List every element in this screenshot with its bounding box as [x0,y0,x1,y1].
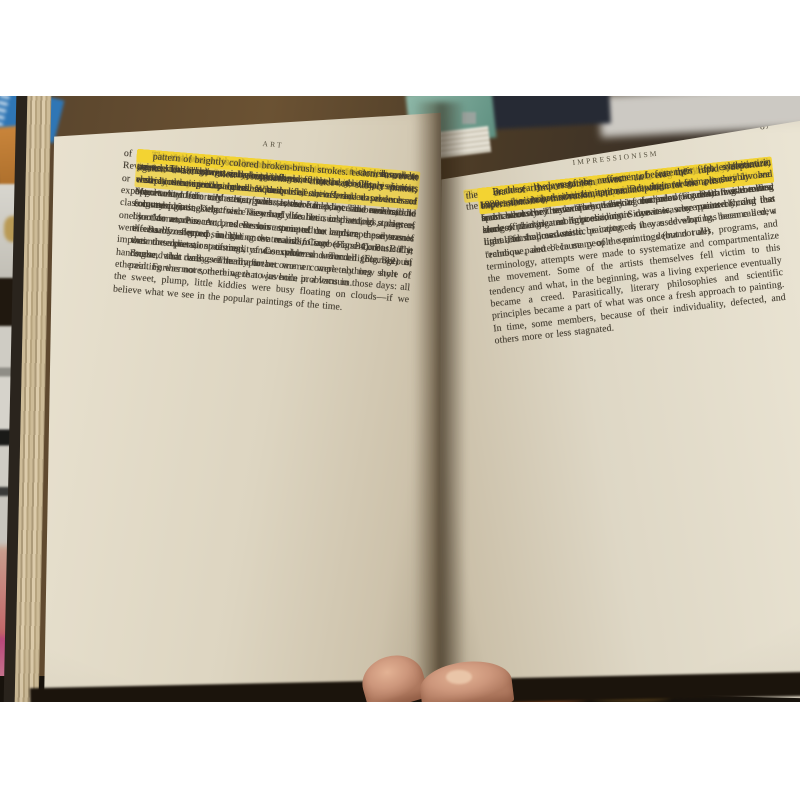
book-photograph: 86 ART of the times. Paintings showing "… [0,96,800,702]
thumbnail [446,670,472,684]
spiral-binding [0,96,11,128]
right-page-content: IMPRESSIONISM The old ways of modeling f… [462,137,770,190]
photo-frame: 86 ART of the times. Paintings showing "… [0,0,800,800]
left-page: 86 ART of the times. Paintings showing "… [40,108,444,702]
small-gray-detail [462,112,476,124]
page-number-left: 86 [128,110,139,121]
right-page: 87 IMPRESSIONISM The old ways of modelin… [436,118,800,702]
left-page-content: ART of the times. Paintings showing "The… [124,128,421,172]
